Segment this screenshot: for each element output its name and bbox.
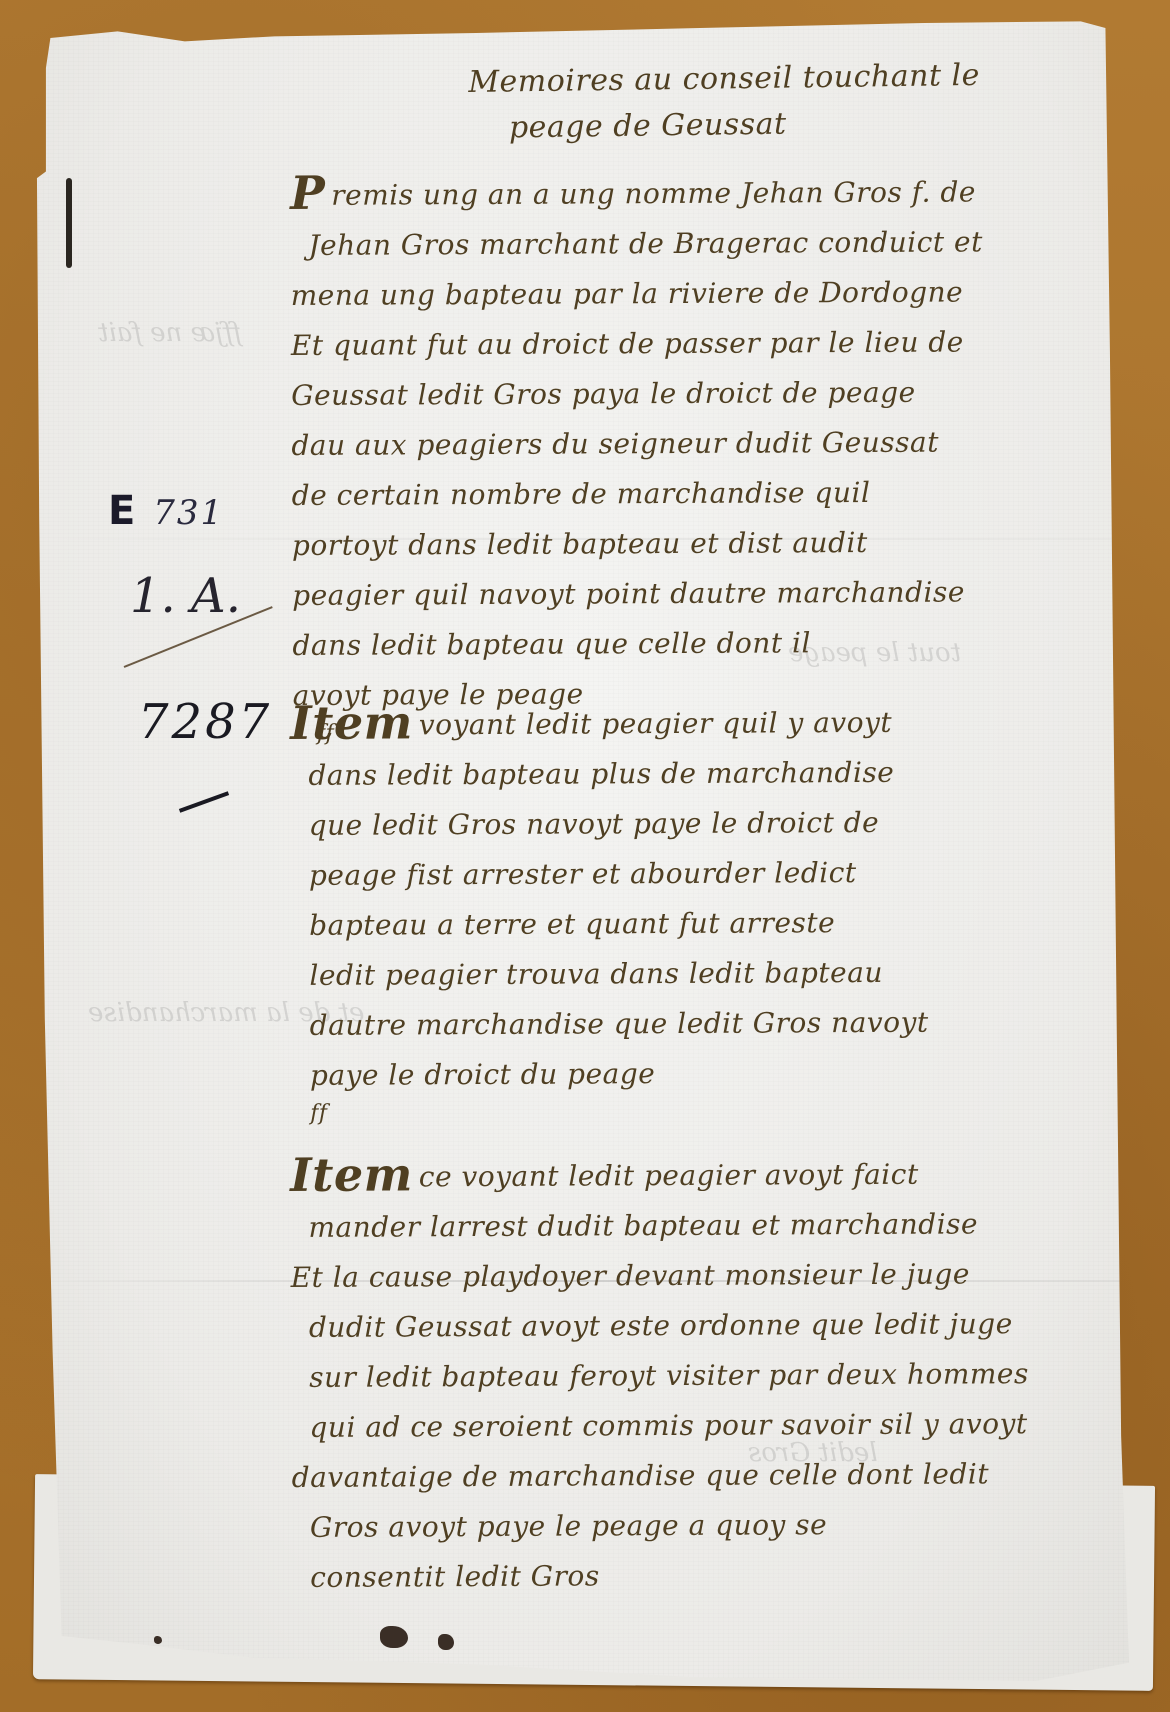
text-line: portoyt dans ledit bapteau et dist audit (292, 516, 1152, 571)
text-line: Premis ung an a ung nomme Jehan Gros f. … (290, 163, 1150, 221)
closing-flourish: ff (292, 1096, 1152, 1127)
text-line: Jehan Gros marchant de Bragerac conduict… (290, 216, 1150, 271)
heading-line-2: peage de Geussat (469, 99, 981, 152)
shelfmark-fraction-top: 1. A. (130, 568, 241, 624)
text-line: Itemce voyant ledit peagier avoyt faict (290, 1145, 1150, 1203)
text-line: que ledit Gros navoyt paye le droict de (291, 796, 1151, 851)
text-line: dau aux peagiers du seigneur dudit Geuss… (291, 416, 1151, 471)
text-line: ledit peagier trouva dans ledit bapteau (291, 946, 1151, 1001)
text-line: mena ung bapteau par la riviere de Dordo… (291, 266, 1151, 321)
text-line: Itemvoyant ledit peagier quil y avoyt (290, 693, 1150, 751)
text-line: dans ledit bapteau que celle dont il (292, 616, 1152, 671)
text-line: dans ledit bapteau plus de marchandise (290, 746, 1150, 801)
text-line: mander larrest dudit bapteau et marchand… (290, 1198, 1150, 1253)
paragraph-mark: Item (290, 695, 413, 750)
text-line: davantaige de marchandise que celle dont… (292, 1448, 1152, 1503)
edge-damage-stain (154, 1636, 162, 1644)
text-line: peagier quil navoyt point dautre marchan… (292, 566, 1152, 621)
paragraph-3: Itemce voyant ledit peagier avoyt faict … (290, 1145, 1152, 1602)
shelfmark-number: 731 (153, 493, 224, 533)
text-line: paye le droict du peage (292, 1046, 1152, 1101)
heading-line-1: Memoires au conseil touchant le (468, 58, 980, 100)
edge-damage-stain (380, 1626, 408, 1648)
edge-damage-stain (438, 1634, 454, 1650)
text-line: qui ad ce seroient commis pour savoir si… (291, 1398, 1151, 1453)
paragraph-2: Itemvoyant ledit peagier quil y avoyt da… (290, 693, 1152, 1126)
text-line: peage fist arrester et abourder ledict (291, 846, 1151, 901)
paragraph-1: Premis ung an a ung nomme Jehan Gros f. … (290, 163, 1153, 746)
shelfmark-prefix: E (108, 488, 137, 534)
text-line: de certain nombre de marchandise quil (292, 466, 1152, 521)
paragraph-mark: Item (290, 1147, 413, 1202)
text-line: Et quant fut au droict de passer par le … (291, 316, 1151, 371)
text-line: sur ledit bapteau feroyt visiter par deu… (291, 1348, 1151, 1403)
text-line: Et la cause playdoyer devant monsieur le… (291, 1248, 1151, 1303)
text-line: Gros avoyt paye le peage a quoy se (292, 1498, 1152, 1553)
manuscript-page: ffjæ ne fait tout le peage et de la marc… (28, 18, 1148, 1686)
binding-mark (66, 178, 72, 268)
text-line: Geussat ledit Gros paya le droict de pea… (291, 366, 1151, 421)
text-line: bapteau a terre et quant fut arreste (291, 896, 1151, 951)
paragraph-mark: P (290, 166, 325, 220)
text-line: consentit ledit Gros (292, 1548, 1152, 1603)
shelfmark-series: E 731 (108, 488, 224, 534)
shelfmark-fraction-bottom: 7287 (138, 694, 272, 750)
document-heading: Memoires au conseil touchant le peage de… (468, 53, 981, 152)
text-line: dautre marchandise que ledit Gros navoyt (292, 996, 1152, 1051)
text-line: dudit Geussat avoyt este ordonne que led… (291, 1298, 1151, 1353)
